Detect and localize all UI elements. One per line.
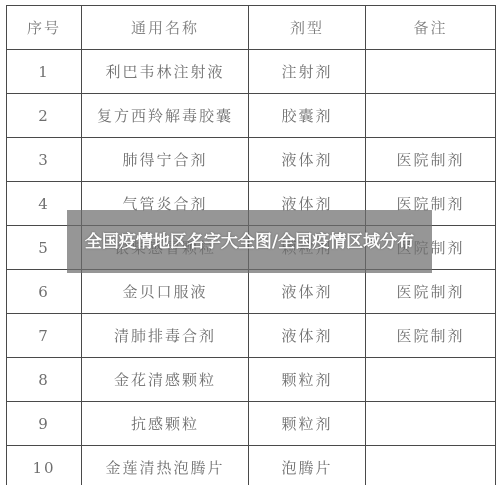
cell-name: 利巴韦林注射液 <box>82 50 249 94</box>
title-overlay-banner: 全国疫情地区名字大全图/全国疫情区域分布 <box>67 210 432 273</box>
cell-note <box>366 50 496 94</box>
table-header-row: 序号 通用名称 剂型 备注 <box>7 6 496 50</box>
cell-form: 液体剂 <box>249 270 366 314</box>
table-row: 9 抗感颗粒 颗粒剂 <box>7 402 496 446</box>
cell-note <box>366 446 496 485</box>
table-row: 7 清肺排毒合剂 液体剂 医院制剂 <box>7 314 496 358</box>
cell-index: 8 <box>7 358 82 402</box>
cell-name: 肺得宁合剂 <box>82 138 249 182</box>
document-page: 序号 通用名称 剂型 备注 1 利巴韦林注射液 注射剂 2 复方西羚解毒胶囊 胶… <box>0 0 500 485</box>
cell-form: 液体剂 <box>249 138 366 182</box>
cell-name: 金贝口服液 <box>82 270 249 314</box>
table-row: 3 肺得宁合剂 液体剂 医院制剂 <box>7 138 496 182</box>
cell-note: 医院制剂 <box>366 270 496 314</box>
cell-form: 液体剂 <box>249 314 366 358</box>
cell-index: 6 <box>7 270 82 314</box>
cell-index: 9 <box>7 402 82 446</box>
cell-form: 胶囊剂 <box>249 94 366 138</box>
table-row: 10 金莲清热泡腾片 泡腾片 <box>7 446 496 485</box>
cell-note: 医院制剂 <box>366 138 496 182</box>
header-dosage-form: 剂型 <box>249 6 366 50</box>
table-row: 1 利巴韦林注射液 注射剂 <box>7 50 496 94</box>
table-row: 6 金贝口服液 液体剂 医院制剂 <box>7 270 496 314</box>
cell-name: 清肺排毒合剂 <box>82 314 249 358</box>
cell-index: 7 <box>7 314 82 358</box>
overlay-title: 全国疫情地区名字大全图/全国疫情区域分布 <box>80 231 420 253</box>
cell-name: 复方西羚解毒胶囊 <box>82 94 249 138</box>
cell-form: 颗粒剂 <box>249 358 366 402</box>
table-row: 2 复方西羚解毒胶囊 胶囊剂 <box>7 94 496 138</box>
cell-name: 金莲清热泡腾片 <box>82 446 249 485</box>
cell-form: 注射剂 <box>249 50 366 94</box>
cell-form: 泡腾片 <box>249 446 366 485</box>
cell-index: 2 <box>7 94 82 138</box>
cell-form: 颗粒剂 <box>249 402 366 446</box>
cell-note <box>366 402 496 446</box>
header-remarks: 备注 <box>366 6 496 50</box>
cell-name: 抗感颗粒 <box>82 402 249 446</box>
cell-index: 1 <box>7 50 82 94</box>
header-generic-name: 通用名称 <box>82 6 249 50</box>
cell-note <box>366 94 496 138</box>
cell-note: 医院制剂 <box>366 314 496 358</box>
cell-index: 3 <box>7 138 82 182</box>
cell-name: 金花清感颗粒 <box>82 358 249 402</box>
header-index: 序号 <box>7 6 82 50</box>
table-row: 8 金花清感颗粒 颗粒剂 <box>7 358 496 402</box>
cell-note <box>366 358 496 402</box>
cell-index: 10 <box>7 446 82 485</box>
